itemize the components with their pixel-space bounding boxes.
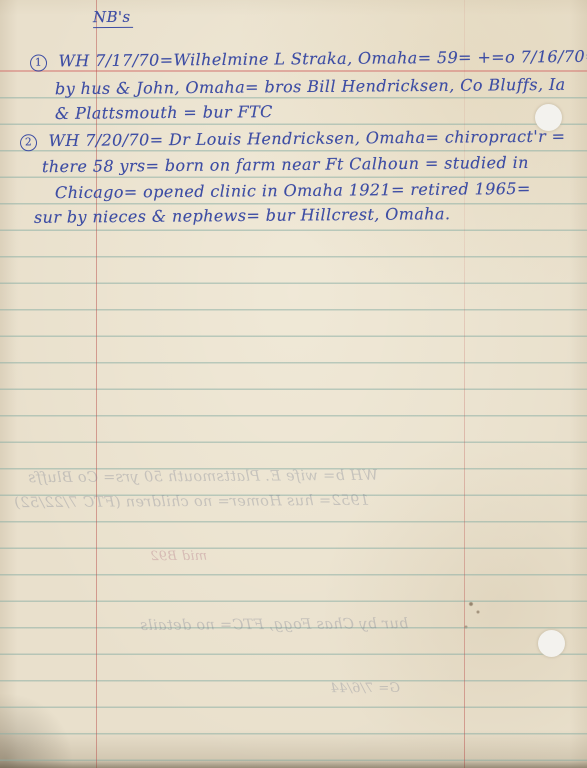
handwriting-text: by hus & John, Omaha= bros Bill Hendrick… <box>55 75 566 98</box>
bleed-through-line: 1952= hus Homer= no children (FTC 7/22/5… <box>14 493 369 511</box>
handwriting-text: WH 7/17/70=Wilhelmine L Straka, Omaha= 5… <box>58 46 587 70</box>
handwriting-line: there 58 yrs= born on farm near Ft Calho… <box>42 153 529 176</box>
bleed-through-line: mid B92 <box>150 549 207 564</box>
bleed-through-line: WH b= wife E. Plattsmouth 50 yrs= Co Blu… <box>28 468 378 486</box>
entry-number-badge: 2 <box>20 134 37 151</box>
scan-bottom-edge-shadow <box>0 760 587 768</box>
page-heading: NB's <box>93 8 133 26</box>
handwriting-line: 1 WH 7/17/70=Wilhelmine L Straka, Omaha=… <box>30 46 587 71</box>
handwriting-line: sur by nieces & nephews= bur Hillcrest, … <box>34 204 451 227</box>
handwriting-text: sur by nieces & nephews= bur Hillcrest, … <box>34 204 451 227</box>
scanned-notebook-page: NB's 1 WH 7/17/70=Wilhelmine L Straka, O… <box>0 0 587 768</box>
handwriting-line: by hus & John, Omaha= bros Bill Hendrick… <box>55 75 566 98</box>
handwriting-text: there 58 yrs= born on farm near Ft Calho… <box>42 153 529 176</box>
handwriting-line: 2 WH 7/20/70= Dr Louis Hendricksen, Omah… <box>20 127 566 152</box>
handwriting-line: & Plattsmouth = bur FTC <box>55 102 273 123</box>
bleed-through-line: G= 7/6/44 <box>330 681 400 696</box>
page-heading-text: NB's <box>93 8 133 28</box>
handwriting-text: & Plattsmouth = bur FTC <box>55 102 273 123</box>
right-margin-line <box>464 0 465 768</box>
entry-number-badge: 1 <box>30 54 47 71</box>
punch-hole-bottom <box>538 630 565 657</box>
handwriting-text: WH 7/20/70= Dr Louis Hendricksen, Omaha=… <box>48 127 565 151</box>
bleed-through-line: bur by Chas Fogg, FTC= no details <box>140 616 408 634</box>
handwriting-text: Chicago= opened clinic in Omaha 1921= re… <box>55 179 531 202</box>
handwriting-line: Chicago= opened clinic in Omaha 1921= re… <box>55 179 531 202</box>
